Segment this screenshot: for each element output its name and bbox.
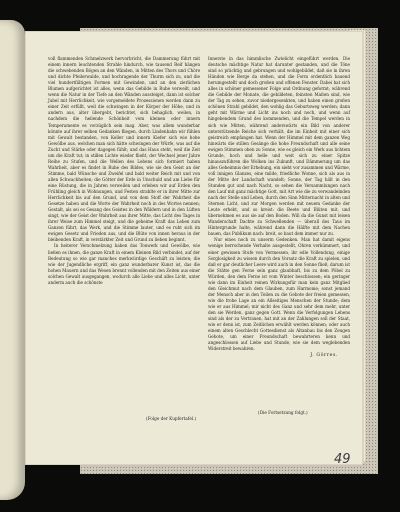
- paragraph: Nur eines noch zu unserm Gedenken. Man h…: [208, 237, 350, 352]
- document-page: voll flammenden Schmelzwerk hervorbricht…: [26, 32, 362, 464]
- handwritten-page-number: 49: [334, 452, 351, 467]
- author-signature: J. Görres.: [208, 353, 350, 359]
- continuation-note-right: (Die Fortsetzung folgt.): [258, 410, 308, 415]
- paragraph: In heiterer Verschmelzung haben das Tonw…: [48, 243, 200, 285]
- right-column: Innerste in das himmlische Zwielicht ein…: [208, 56, 350, 359]
- paragraph: voll flammenden Schmelzwerk hervorbricht…: [48, 56, 200, 243]
- facing-page: [0, 20, 25, 500]
- continuation-note-left: (Folge der Kupfertafel.): [146, 416, 196, 421]
- paragraph: Innerste in das himmlische Zwielicht ein…: [208, 56, 350, 237]
- left-column: voll flammenden Schmelzwerk hervorbricht…: [48, 56, 200, 286]
